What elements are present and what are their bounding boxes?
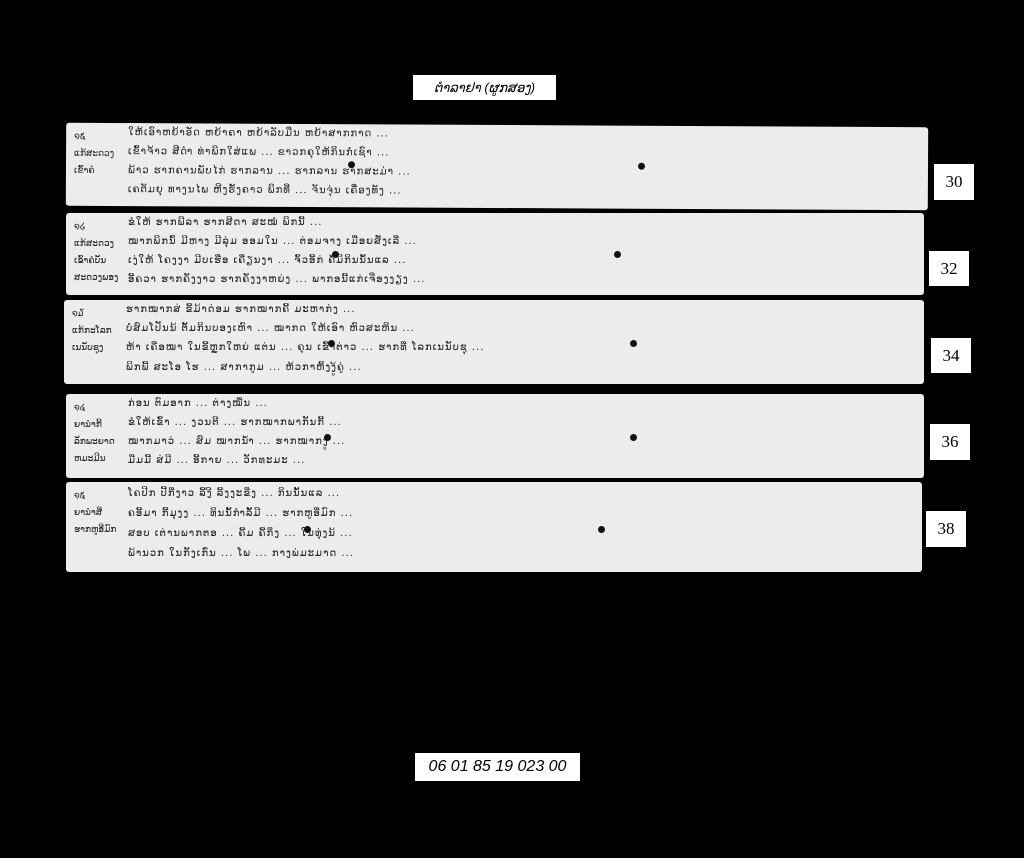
- leaf-margin-note: ໑໒ແກ້ສະດວງເຂົ້າຄໍບັນສະດວງພອງ: [74, 219, 122, 287]
- palm-leaf-page-36: ໑໔ຍານຳກີ້ລັກພະຍາດຫມະມີນ ກ່ອນ ຕົມອາກ ... …: [66, 394, 924, 478]
- leaf-margin-note: ໑໓ແກ້ກະໂລກເນນັບຊຸງ: [72, 306, 120, 357]
- script-line: ຂໍໃຫ້ ຮາກພີລາ ຮາກສີດາ ສະໝໍ ພິກນີ້ ...: [128, 217, 322, 228]
- archive-code-label: 06 01 85 19 023 00: [415, 753, 580, 781]
- leaf-margin-note: ໑໕ແກ້ສະດວງເຂົ້າຄໍ: [74, 129, 122, 180]
- script-line: ໃຫ້ເອົາຫຍ້າອັດ ຫຍ້າຄາ ຫຍ້າລັບມືນ ຫຍ້າສາກ…: [128, 127, 389, 139]
- page-number-label: 36: [930, 424, 970, 460]
- script-line: ບໍ່ສົມໂປັນນ້ ຕັ້ມກິນບອງເຫົາ ... ໝາກດ ໃຫ້…: [126, 323, 415, 334]
- script-line: ພ້າວ ຮາກຄານພັບໄກ່ ຮາກລານ ... ຮາກລານ ຮາກສ…: [128, 165, 411, 177]
- script-line: ມີ່ມມີ້ ສ່ມີ ... ອີ້ກາຍ ... ວັກທະມະ ...: [128, 455, 305, 466]
- script-line: ຂໍໃຫ້ເຂົ້າ ... ງວນຕີ ... ຮາກໝາກພາກັນກີ້ …: [128, 417, 342, 428]
- binding-hole: [638, 163, 645, 170]
- script-line: ໝາກມາວ່ ... ສົມ ໝາກນ້ຳ ... ຮາກໝາກງູ ...: [128, 436, 345, 447]
- palm-leaf-page-30: ໑໕ແກ້ສະດວງເຂົ້າຄໍ ໃຫ້ເອົາຫຍ້າອັດ ຫຍ້າຄາ …: [66, 123, 928, 211]
- binding-hole: [328, 340, 335, 347]
- palm-leaf-page-32: ໑໒ແກ້ສະດວງເຂົ້າຄໍບັນສະດວງພອງ ຂໍໃຫ້ ຮາກພີ…: [66, 213, 924, 295]
- binding-hole: [324, 434, 331, 441]
- binding-hole: [304, 526, 311, 533]
- page-number-label: 32: [929, 251, 969, 286]
- binding-hole: [630, 434, 637, 441]
- script-line: ກ່ອນ ຕົມອາກ ... ຕ່າງໝື່ນ ...: [128, 398, 268, 409]
- page-number-label: 34: [931, 338, 971, 373]
- script-line: ໂຄປີກ ປີ້ກີ່ງາວ ລີ້ງີ ລີ້ງງະຂີ່ງ ... ກິນ…: [128, 488, 340, 499]
- leaf-margin-note: ໑໕ຍານຳສີ່ຮາກຫູອີ່ມົກ: [74, 488, 122, 539]
- palm-leaf-page-38: ໑໕ຍານຳສີ່ຮາກຫູອີ່ມົກ ໂຄປີກ ປີ້ກີ່ງາວ ລີ້…: [66, 482, 922, 572]
- binding-hole: [598, 526, 605, 533]
- page-number-label: 30: [934, 164, 974, 200]
- script-line: ອີ້ຄວາ ຮາກຄັງງາວ ຮາກຄັງງາຫຍ່ງ ... ພາກອນີ…: [128, 274, 425, 285]
- script-line: ເງ່ໃຫ້ ໂຄງງາ ມີບເຮື່ອ ເຄື່ຽນງາ ... ຈົ້ວອ…: [128, 255, 406, 266]
- script-line: ພິກພີ້ ສະໂອ ໂຮ ... ສາກາກູມ ... ຫ້ວກາຫິ້ງ…: [126, 362, 362, 373]
- script-line: ໝາກພິກນົ້ ມີຫາງ ມີລຸ່ມ ອອມໃນ ... ຕ່ອມຈາງ…: [128, 236, 417, 247]
- palm-leaf-page-34: ໑໓ແກ້ກະໂລກເນນັບຊຸງ ຮາກໝາກສ່ ຂີ້ມ້າດ່ອມ ຮ…: [64, 300, 924, 384]
- leaf-margin-note: ໑໔ຍານຳກີ້ລັກພະຍາດຫມະມີນ: [74, 400, 122, 468]
- script-line: ຄອີ້ມາ ກີ້ມຸງງ ... ທິນນັ້ກຳລັ້ມີ ... ຮາກ…: [128, 508, 353, 519]
- binding-hole: [614, 251, 621, 258]
- script-line: ເຂົ້າຈ້າວ ສີດຳ ທ່າພິກໃສ່ແພ ... ຂາວກຄຸໃຫ້…: [128, 146, 389, 158]
- script-line: ຮາກໝາກສ່ ຂີ້ມ້າດ່ອມ ຮາກໝາກຄ້ີ ມະຫາກ່ງ ..…: [126, 304, 356, 315]
- document-title-label: ຕຳລາຢາ (ຜູກສອງ): [413, 75, 556, 100]
- script-line: ພ້ານວກ ໃນກັງເກົ່ນ ... ໂພ ... ກາງພ່ມະມາດ …: [128, 548, 354, 559]
- script-line: ສອບ ເຕ່ານພາກຕອ ... ຄີ້ມ ຄີ້ກິ່ງ ... ໃນທຸ…: [128, 528, 353, 539]
- binding-hole: [630, 340, 637, 347]
- binding-hole: [332, 251, 339, 258]
- binding-hole: [348, 161, 355, 168]
- script-line: ຫ້າ ເຄີ່ອໝາ ໃນຂີ້ຫຼູກໃຫຍ່ ແຕ່ນ ... ຄຸນ ເ…: [126, 342, 484, 353]
- script-line: ເຄຕັມຍຸ ທາງນໄພ ຫີງຮັ້ງຄາວ ພິກທີ່ ... ຈັນ…: [128, 184, 402, 196]
- page-number-label: 38: [926, 511, 966, 547]
